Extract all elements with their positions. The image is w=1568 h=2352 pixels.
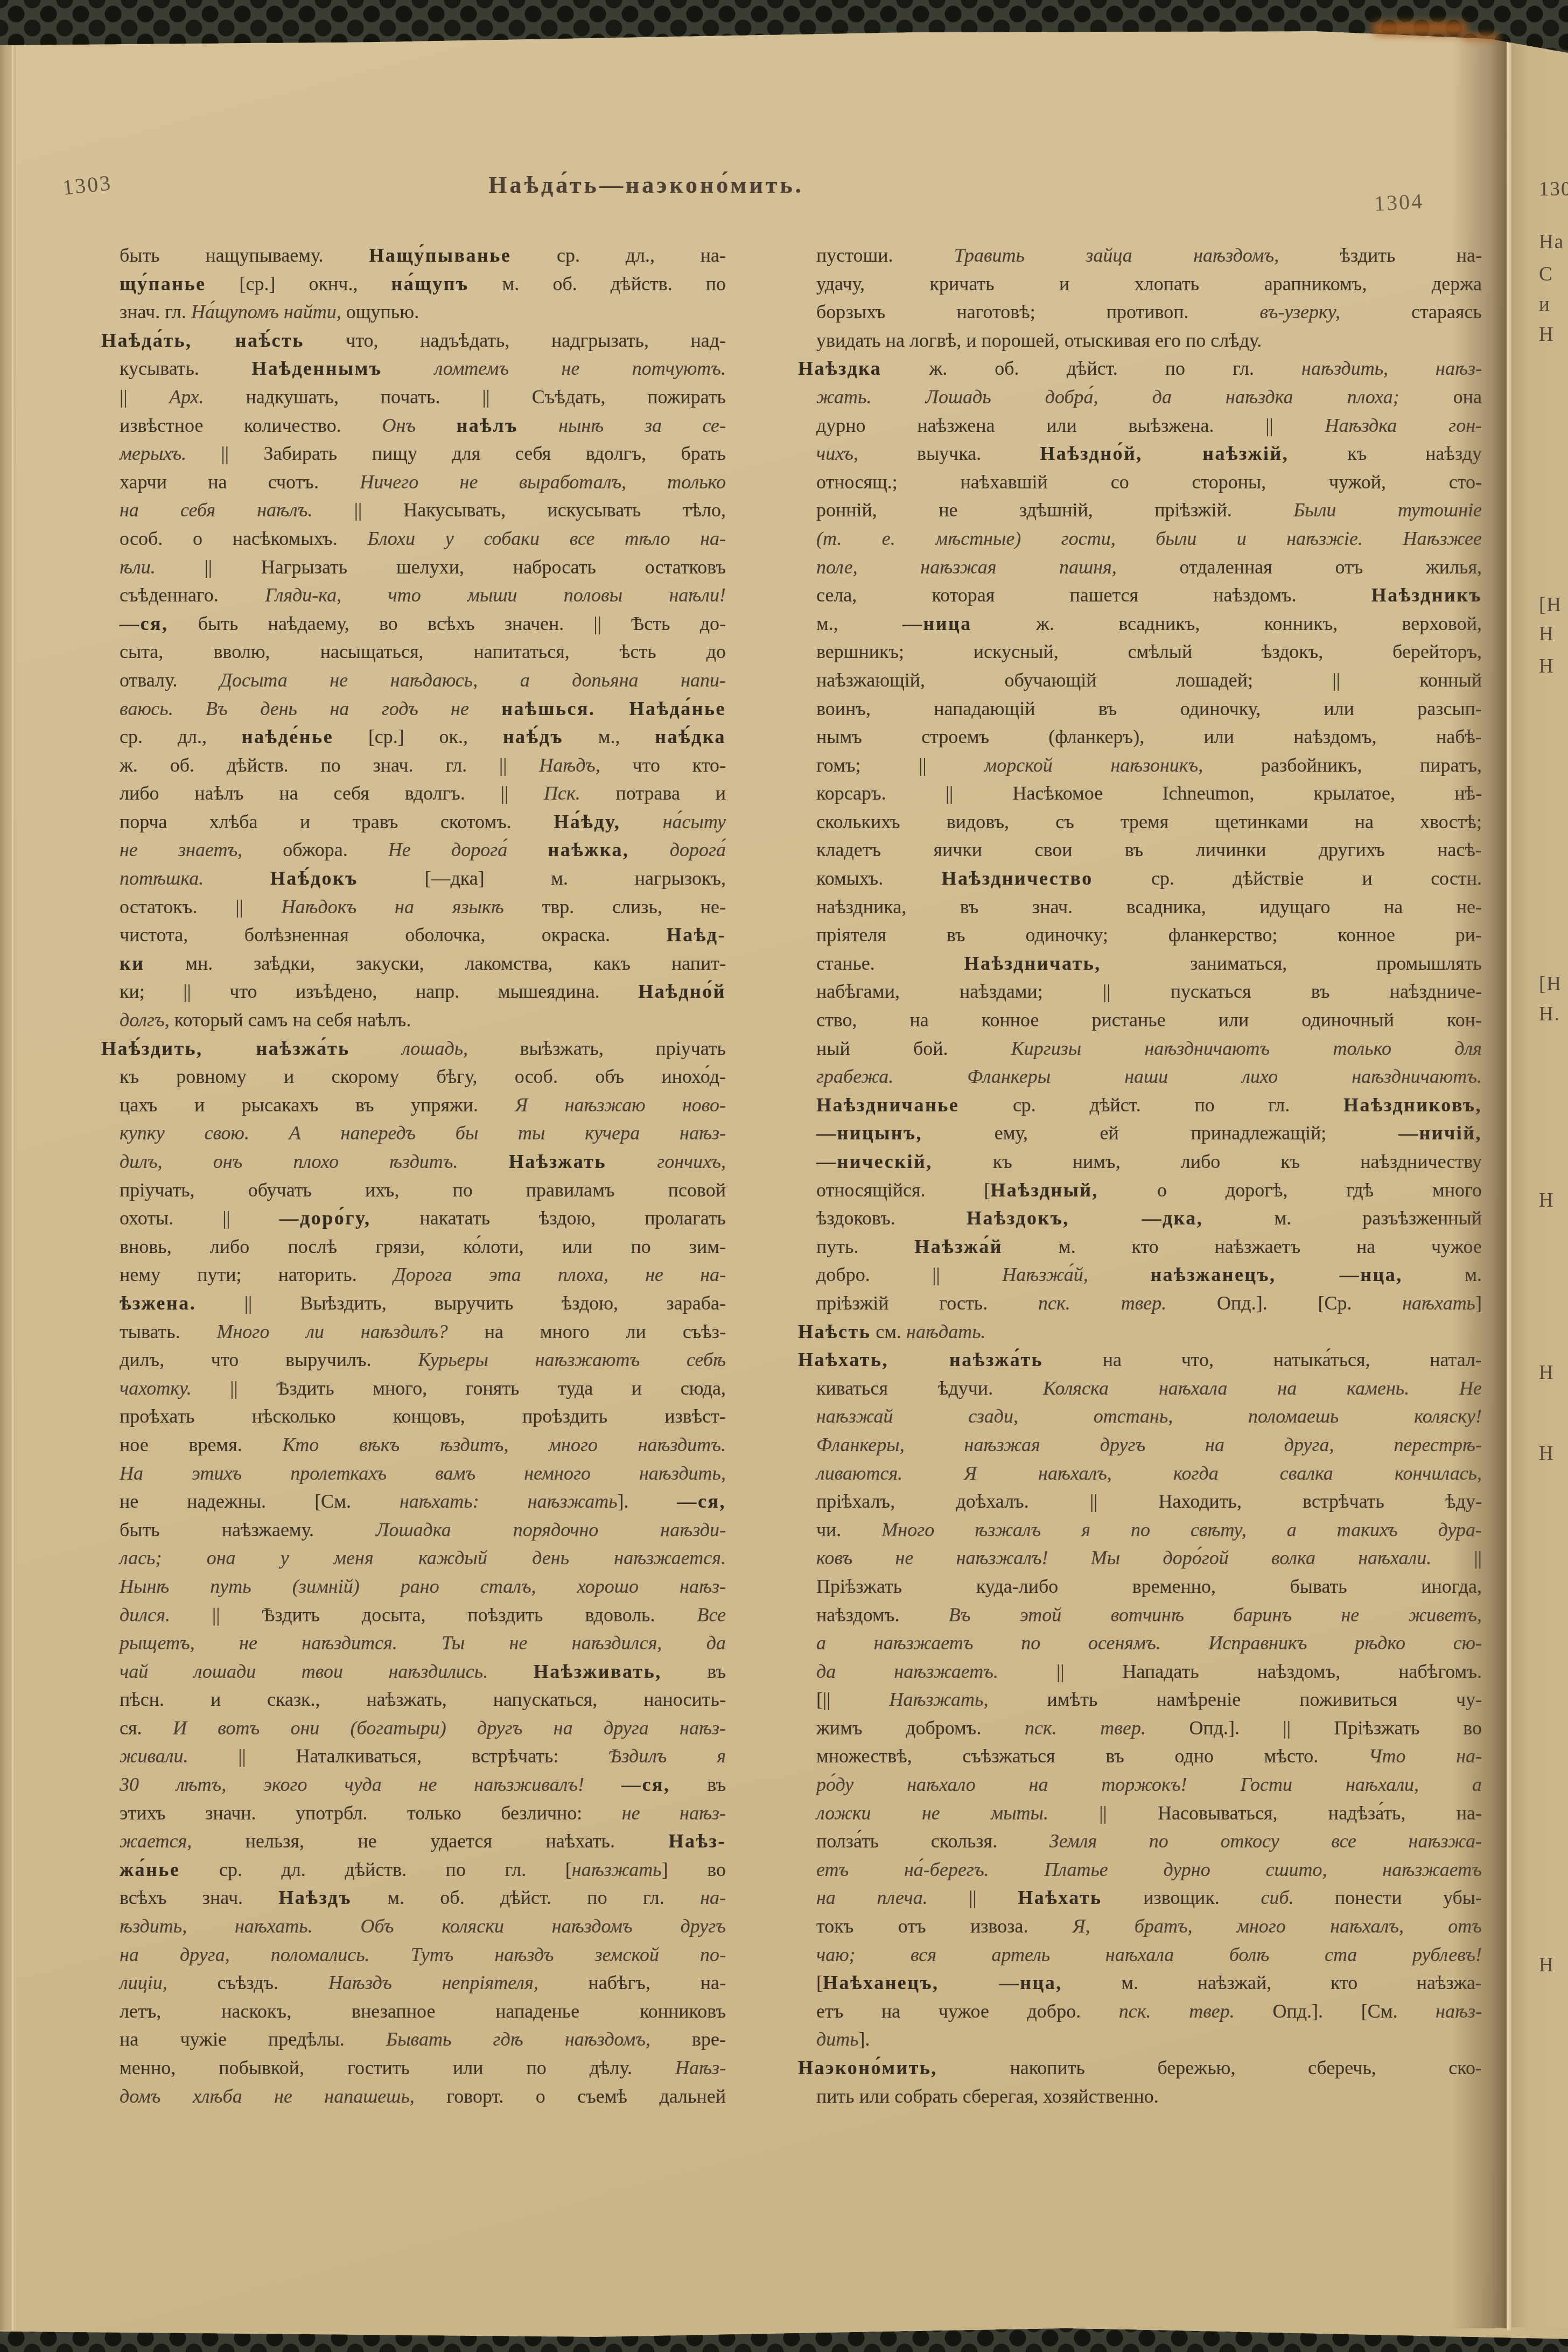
dictionary-text-line: чихъ, выучка. Наѣздно́й, наѣзжій, къ наѣ… — [816, 439, 1482, 468]
dictionary-text-line: наѣзжающій, обучающій лошадей; || конный — [816, 666, 1482, 695]
dictionary-text-line: полза́ть скользя. Земля по откосу все на… — [816, 1827, 1482, 1856]
adjacent-page-text-fragment: Н. — [1539, 1003, 1560, 1026]
dictionary-text-line: рыщетъ, не наѣздится. Ты не наѣздился, д… — [120, 1629, 726, 1657]
dictionary-text-line: вновь, либо послѣ грязи, ко́лоти, или по… — [120, 1233, 726, 1261]
dictionary-text-line: —ническій, къ нимъ, либо къ наѣздничеств… — [816, 1147, 1482, 1176]
dictionary-text-line: жать. Лошадь добра́, да наѣздка плоха; о… — [816, 383, 1482, 411]
adjacent-page-text-fragment: Н — [1539, 1442, 1555, 1465]
dictionary-text-line: ный бой. Киргизы наѣздничаютъ только для — [816, 1034, 1482, 1063]
adjacent-page-text-fragment: [Н — [1539, 593, 1562, 617]
scanner-mat-top — [0, 0, 1568, 54]
dictionary-text-line: отвалу. Досыта не наѣдаюсь, а допьяна на… — [120, 666, 726, 695]
dictionary-text-line: Наѣздничанье ср. дѣйст. по гл. Наѣзднико… — [816, 1091, 1482, 1119]
dictionary-text-line: 30 лѣтъ, экого чуда не наѣзживалъ! —ся, … — [120, 1770, 726, 1799]
adjacent-page-text-fragment: Н — [1539, 622, 1555, 646]
dictionary-text-line: путь. Наѣзжа́й м. кто наѣзжаетъ на чужое — [816, 1233, 1482, 1261]
dictionary-text-line: пустоши. Травить зайца наѣздомъ, ѣздить … — [816, 241, 1482, 270]
dictionary-text-line: кладетъ яички свои въ личинки другихъ на… — [816, 836, 1482, 864]
dictionary-text-line: увидать на логвѣ, и порошей, отыскивая е… — [816, 326, 1482, 355]
dictionary-text-line: наѣздомъ. Въ этой вотчинѣ баринъ не живе… — [816, 1601, 1482, 1629]
dictionary-text-line: живали. || Наталкиваться, встрѣчать: Ѣзд… — [120, 1742, 726, 1770]
dictionary-text-line: быть нащупываему. Нащу́пыванье ср. дл., … — [120, 241, 726, 270]
dictionary-text-line: ронній, не здѣшній, пріѣзжій. Были тутош… — [816, 496, 1482, 524]
dictionary-text-line: етъ на чужое добро. пск. твер. Опд.]. [С… — [816, 1997, 1482, 2026]
dictionary-text-line: Наѣздка ж. об. дѣйст. по гл. наѣздить, н… — [798, 354, 1482, 383]
dictionary-text-line: порча хлѣба и травъ скотомъ. На́ѣду, на́… — [120, 808, 726, 836]
dictionary-text-line: кусывать. Наѣденнымъ ломтемъ не потчуютъ… — [120, 354, 726, 383]
dictionary-text-line: остатокъ. || Наѣдокъ на языкѣ твр. слизь… — [120, 893, 726, 921]
dictionary-text-line: къ ровному и скорому бѣгу, особ. объ ино… — [120, 1062, 726, 1091]
dictionary-text-line: Нынѣ путь (зимній) рано сталъ, хорошо на… — [120, 1572, 726, 1601]
page-number-left: 1303 — [61, 170, 113, 200]
scanner-glare-streak — [1372, 22, 1468, 36]
dictionary-text-line: сколькихъ видовъ, съ тремя щетинками на … — [816, 808, 1482, 836]
dictionary-text-line: либо наѣлъ на себя вдолгъ. || Пск. потра… — [120, 779, 726, 808]
adjacent-page-text-fragment: Н — [1539, 1361, 1555, 1384]
page-number-right: 1304 — [1374, 188, 1424, 216]
dictionary-text-line: грабежа. Фланкеры наши лихо наѣздничаютъ… — [816, 1062, 1482, 1091]
dictionary-scan-page: 1303 Наѣда́ть—наэконо́мить. 1304 быть на… — [0, 0, 1568, 2352]
dictionary-text-line: наѣзжай сзади, отстань, поломаешь коляск… — [816, 1402, 1482, 1431]
dictionary-text-line: ковъ не наѣзжалъ! Мы доро́гой волка наѣх… — [816, 1544, 1482, 1572]
dictionary-text-line: ро́ду наѣхало на торжокъ! Гости наѣхали,… — [816, 1770, 1482, 1799]
dictionary-text-line: тывать. Много ли наѣздилъ? на много ли с… — [120, 1318, 726, 1346]
dictionary-text-line: да наѣзжаетъ. || Нападать наѣздомъ, набѣ… — [816, 1657, 1482, 1686]
dictionary-text-line: удачу, кричать и хлопать арапникомъ, дер… — [816, 270, 1482, 298]
dictionary-text-line: охоты. || —доро́гу, накатать ѣздою, прол… — [120, 1204, 726, 1233]
adjacent-page-text-fragment: Н — [1539, 655, 1555, 678]
dictionary-text-line: быть наѣзжаему. Лошадка порядочно наѣзди… — [120, 1516, 726, 1544]
dictionary-text-line: относящ.; наѣхавшій со стороны, чужой, с… — [816, 468, 1482, 496]
dictionary-text-line: чистота, болѣзненная оболочка, окраска. … — [120, 921, 726, 949]
adjacent-page-text-fragment: Н — [1539, 323, 1555, 346]
dictionary-text-line: не знаетъ, обжора. Не дорога́ наѣжка, до… — [120, 836, 726, 864]
dictionary-text-line: не надежны. [См. наѣхать: наѣзжать]. —ся… — [120, 1487, 726, 1516]
dictionary-text-line: Наэконо́мить, накопить бережью, сберечь,… — [798, 2054, 1482, 2082]
dictionary-text-line: дурно наѣзжена или выѣзжена. || Наѣздка … — [816, 411, 1482, 440]
dictionary-text-line: воинъ, нападающій въ одиночку, или разсы… — [816, 695, 1482, 723]
dictionary-text-line: домъ хлѣба не напашешь, говорт. о съемѣ … — [120, 2082, 726, 2111]
dictionary-text-line: особ. о насѣкомыхъ. Блохи у собаки все т… — [120, 524, 726, 553]
dictionary-text-line: дилъ, онъ плохо ѣздитъ. Наѣзжать гончихъ… — [120, 1147, 726, 1176]
page-edge-highlight — [1507, 27, 1511, 2330]
dictionary-text-line: На этихъ пролеткахъ вамъ немного наѣздит… — [120, 1459, 726, 1488]
page-left-edge — [0, 32, 16, 2330]
dictionary-text-line: наѣздника, въ знач. всадника, идущаго на… — [816, 893, 1482, 921]
dictionary-text-line: нему пути; наторить. Дорога эта плоха, н… — [120, 1261, 726, 1289]
page-fold-shadow — [1452, 30, 1507, 2328]
dictionary-text-line: ваюсь. Въ день на годъ не наѣшься. Наѣда… — [120, 695, 726, 723]
dictionary-text-line: дилъ, что выручилъ. Курьеры наѣзжаютъ се… — [120, 1346, 726, 1374]
adjacent-page-text-fragment: [Н — [1539, 972, 1562, 996]
dictionary-text-line: дить]. — [816, 2025, 1482, 2054]
dictionary-text-line: ся. И вотъ они (богатыри) другъ на друга… — [120, 1714, 726, 1742]
dictionary-text-line: ѣли. || Нагрызать шелухи, набросать оста… — [120, 553, 726, 582]
dictionary-text-line: купку свою. А напередъ бы ты кучера наѣз… — [120, 1119, 726, 1147]
dictionary-text-line: борзыхъ наготовѣ; противоп. въ-узерку, с… — [816, 298, 1482, 326]
dictionary-text-line: пѣсн. и сказк., наѣзжать, напускаться, н… — [120, 1685, 726, 1714]
dictionary-text-line: вершникъ; искусный, смѣлый ѣздокъ, берей… — [816, 638, 1482, 666]
dictionary-text-line: долгъ, который самъ на себя наѣлъ. — [120, 1006, 726, 1034]
dictionary-text-line: —ницынъ, ему, ей принадлежащій; —ничій, — [816, 1119, 1482, 1147]
dictionary-text-line: м., —ница ж. всадникъ, конникъ, верховой… — [816, 610, 1482, 638]
text-column-right: пустоши. Травить зайца наѣздомъ, ѣздить … — [798, 241, 1482, 2110]
dictionary-text-line: Наѣ́здить, наѣзжа́ть лошадь, выѣзжать, п… — [101, 1034, 726, 1063]
dictionary-text-line: потѣшка. Наѣ́докъ [—дка] м. нагрызокъ, — [120, 864, 726, 893]
dictionary-text-line: сыта, вволю, насыщаться, напитаться, ѣст… — [120, 638, 726, 666]
dictionary-text-line: Наѣсть см. наѣдать. — [798, 1318, 1482, 1346]
dictionary-text-line: ѣздоковъ. Наѣздокъ, —дка, м. разъѣзженны… — [816, 1204, 1482, 1233]
dictionary-text-line: [Наѣханецъ, —нца, м. наѣзжай, кто наѣзжа… — [816, 1969, 1482, 1997]
dictionary-text-line: киваться ѣдучи. Коляска наѣхала на камен… — [816, 1374, 1482, 1403]
dictionary-text-line: комыхъ. Наѣздничество ср. дѣйствіе и сос… — [816, 864, 1482, 893]
dictionary-text-line: ливаются. Я наѣхалъ, когда свалка кончил… — [816, 1459, 1482, 1488]
dictionary-text-line: станье. Наѣздничать, заниматься, промышл… — [816, 949, 1482, 978]
dictionary-text-line: поле, наѣзжая пашня, отдаленная отъ жиль… — [816, 553, 1482, 582]
dictionary-text-line: етъ на́-берегъ. Платье дурно сшито, наѣз… — [816, 1856, 1482, 1884]
scanner-glare-streak — [1462, 33, 1500, 41]
dictionary-text-line: проѣхать нѣсколько концовъ, проѣздить из… — [120, 1402, 726, 1431]
dictionary-text-line: ж. об. дѣйств. по знач. гл. || Наѣдъ, чт… — [120, 751, 726, 780]
dictionary-text-line: лась; она у меня каждый день наѣзжается. — [120, 1544, 726, 1572]
dictionary-text-line: чай лошади твои наѣздились. Наѣзживать, … — [120, 1657, 726, 1686]
dictionary-text-line: ки; || что изъѣдено, напр. мышеядина. На… — [120, 977, 726, 1006]
dictionary-text-line: Наѣда́ть, наѣ́сть что, надъѣдать, надгры… — [101, 326, 726, 355]
dictionary-text-line: ное время. Кто вѣкъ ѣздитъ, много наѣзди… — [120, 1431, 726, 1459]
dictionary-text-line: цахъ и рысакахъ въ упряжи. Я наѣзжаю нов… — [120, 1091, 726, 1119]
dictionary-text-line: множествѣ, съѣзжаться въ одно мѣсто. Что… — [816, 1742, 1482, 1770]
dictionary-text-line: чи. Много ѣзжалъ я по свѣту, а такихъ ду… — [816, 1516, 1482, 1544]
dictionary-text-line: ѣзжена. || Выѣздить, выручить ѣздою, зар… — [120, 1289, 726, 1318]
dictionary-text-line: чаю; вся артель наѣхала болѣ ста рублевъ… — [816, 1941, 1482, 1969]
dictionary-text-line: мерыхъ. || Забирать пищу для себя вдолгъ… — [120, 439, 726, 468]
dictionary-text-line: всѣхъ знач. Наѣздъ м. об. дѣйст. по гл. … — [120, 1884, 726, 1912]
dictionary-text-line: пріѣзжій гость. пск. твер. Опд.]. [Ср. н… — [816, 1289, 1482, 1318]
dictionary-text-line: летъ, наскокъ, внезапное нападенье конни… — [120, 1997, 726, 2026]
dictionary-text-line: Фланкеры, наѣзжая другъ на друга, перест… — [816, 1431, 1482, 1459]
dictionary-text-line: токъ отъ извоза. Я, братъ, много наѣхалъ… — [816, 1912, 1482, 1941]
dictionary-text-line: корсаръ. || Насѣкомое Ichneumon, крылато… — [816, 779, 1482, 808]
dictionary-text-line: набѣгами, наѣздами; || пускаться въ наѣз… — [816, 977, 1482, 1006]
dictionary-text-line: щу́панье [ср.] окнч., на́щупъ м. об. дѣй… — [120, 270, 726, 298]
adjacent-page-text-fragment: и — [1539, 293, 1551, 316]
dictionary-text-line: || Арх. надкушать, почать. || Съѣдать, п… — [120, 383, 726, 411]
dictionary-text-line: а наѣзжаетъ по осенямъ. Исправникъ рѣдко… — [816, 1629, 1482, 1657]
dictionary-text-line: на себя наѣлъ. || Накусывать, искусывать… — [120, 496, 726, 524]
dictionary-text-line: лиціи, съѣздъ. Наѣздъ непріятеля, набѣгъ… — [120, 1969, 726, 1997]
dictionary-text-line: жается, нельзя, не удается наѣхать. Наѣз… — [120, 1827, 726, 1856]
dictionary-text-line: нымъ строемъ (фланкеръ), или наѣздомъ, н… — [816, 723, 1482, 751]
dictionary-text-line: знач. гл. На́щупомъ найти, ощупью. — [120, 298, 726, 326]
dictionary-text-line: извѣстное количество. Онъ наѣлъ нынѣ за … — [120, 411, 726, 440]
dictionary-text-line: на плеча. || Наѣхать извощик. сиб. понес… — [816, 1884, 1482, 1912]
dictionary-text-line: пріѣхалъ, доѣхалъ. || Находить, встрѣчат… — [816, 1487, 1482, 1516]
dictionary-text-line: харчи на счотъ. Ничего не выработалъ, то… — [120, 468, 726, 496]
dictionary-text-line: ложки не мыты. || Насовываться, надѣза́т… — [816, 1799, 1482, 1828]
dictionary-text-line: ство, на конное ристанье или одиночный к… — [816, 1006, 1482, 1034]
dictionary-text-line: жа́нье ср. дл. дѣйств. по гл. [наѣзжать]… — [120, 1856, 726, 1884]
scanner-mat-bottom — [0, 2324, 1568, 2352]
dictionary-text-line: дился. || Ѣздить досыта, поѣздить вдовол… — [120, 1601, 726, 1629]
dictionary-text-line: —ся, быть наѣдаему, во всѣхъ значен. || … — [120, 610, 726, 638]
dictionary-text-line: менно, побывкой, гостить или по дѣлу. На… — [120, 2054, 726, 2082]
dictionary-text-line: пріятеля въ одиночку; фланкерство; конно… — [816, 921, 1482, 949]
adjacent-page-edge: 1305НаСиН[ННН[НН.НННН — [1511, 25, 1568, 2327]
dictionary-text-line: Пріѣзжать куда-либо временно, бывать ино… — [816, 1572, 1482, 1601]
dictionary-text-line: жимъ добромъ. пск. твер. Опд.]. || Пріѣз… — [816, 1714, 1482, 1742]
adjacent-page-text-fragment: 1305 — [1539, 178, 1568, 201]
dictionary-text-line: Наѣхать, наѣзжа́ть на что, натыка́ться, … — [798, 1346, 1482, 1374]
dictionary-text-line: пріучать, обучать ихъ, по правиламъ псов… — [120, 1176, 726, 1205]
dictionary-text-line: (т. е. мѣстные) гости, были и наѣзжіе. Н… — [816, 524, 1482, 553]
dictionary-text-line: ѣздить, наѣхать. Объ коляски наѣздомъ др… — [120, 1912, 726, 1941]
adjacent-page-text-fragment: Н — [1539, 1189, 1555, 1212]
dictionary-text-line: добро. || Наѣзжа́й, наѣзжанецъ, —нца, м. — [816, 1261, 1482, 1289]
dictionary-text-line: чахотку. || Ѣздить много, гонять туда и … — [120, 1374, 726, 1403]
dictionary-text-line: на чужіе предѣлы. Бывать гдѣ наѣздомъ, в… — [120, 2025, 726, 2054]
adjacent-page-text-fragment: Н — [1539, 1954, 1555, 1977]
dictionary-text-line: этихъ значн. употрбл. только безлично: н… — [120, 1799, 726, 1828]
dictionary-text-line: села, которая пашется наѣздомъ. Наѣздник… — [816, 581, 1482, 610]
dictionary-text-line: ки мн. заѣдки, закуски, лакомства, какъ … — [120, 949, 726, 978]
dictionary-text-line: пить или собрать сберегая, хозяйственно. — [816, 2082, 1482, 2111]
text-column-left: быть нащупываему. Нащу́пыванье ср. дл., … — [101, 241, 726, 2110]
page-header-title: Наѣда́ть—наэконо́мить. — [436, 171, 856, 199]
dictionary-text-line: [|| Наѣзжать, имѣть намѣреніе поживиться… — [816, 1685, 1482, 1714]
adjacent-page-text-fragment: С — [1539, 263, 1553, 286]
dictionary-text-line: на друга, поломались. Тутъ наѣздъ земско… — [120, 1941, 726, 1969]
dictionary-text-line: ср. дл., наѣде́нье [ср.] ок., наѣ́дъ м.,… — [120, 723, 726, 751]
dictionary-text-line: гомъ; || морской наѣзоникъ, разбойникъ, … — [816, 751, 1482, 780]
adjacent-page-text-fragment: На — [1539, 230, 1564, 254]
dictionary-text-line: съѣденнаго. Гляди-ка, что мыши половы на… — [120, 581, 726, 610]
dictionary-text-line: относящійся. [Наѣздный, о дорогѣ, гдѣ мн… — [816, 1176, 1482, 1205]
